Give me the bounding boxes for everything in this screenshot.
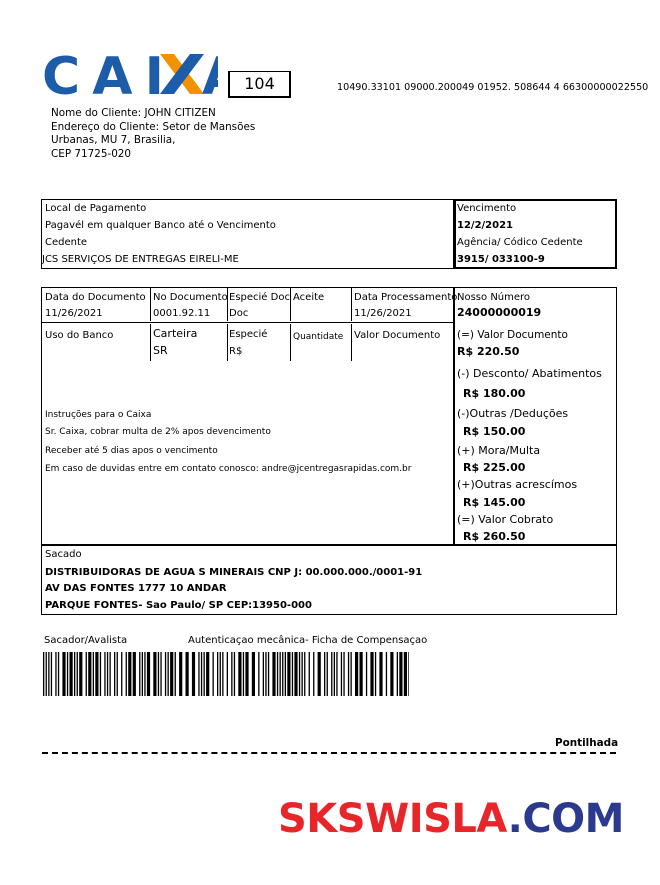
data-documento-value: 11/26/2021	[45, 308, 103, 320]
carteira-label: Carteira	[153, 328, 197, 340]
values-box: Nosso Número 24000000019 (=) Valor Docum…	[454, 287, 617, 545]
valor-documento-value: R$ 220.50	[457, 346, 519, 358]
mora-value: R$ 225.00	[463, 462, 525, 474]
outras-deducoes-value: R$ 150.00	[463, 426, 525, 438]
valor-cobrado-value: R$ 260.50	[463, 531, 525, 543]
outros-acrescimos-label: (+)Outras acrescímos	[457, 479, 577, 491]
cedente-value: JCS SERVIÇOS DE ENTREGAS EIRELI-ME	[42, 254, 239, 266]
sacado-line3: PARQUE FONTES- Sao Paulo/ SP CEP:13950-0…	[45, 600, 312, 612]
vencimento-value: 12/2/2021	[457, 220, 513, 232]
quantidade-label: Quantidate	[293, 331, 343, 343]
client-address-line2: Urbanas, MU 7, Brasilia,	[51, 134, 255, 148]
client-address-line1: Endereço do Cliente: Setor de Mansões	[51, 121, 255, 135]
local-pagamento-value: Pagavél em qualquer Banco até o Vencimen…	[45, 220, 276, 232]
agencia-label: Agência/ Códico Cedente	[457, 237, 583, 249]
outros-acrescimos-value: R$ 145.00	[463, 497, 525, 509]
instrucoes-label: Instruções para o Caixa	[45, 409, 151, 421]
sacado-label: Sacado	[45, 549, 82, 561]
desconto-label: (-) Desconto/ Abatimentos	[457, 368, 602, 380]
svg-text:CAI: CAI	[42, 52, 162, 98]
uso-banco-label: Uso do Banco	[45, 330, 113, 342]
especie-doc-value: Doc	[229, 308, 248, 320]
especie-doc-label: Especié Doc	[229, 292, 290, 304]
vencimento-box: Vencimento 12/2/2021 Agência/ Códico Ced…	[454, 199, 617, 269]
sacado-line2: AV DAS FONTES 1777 10 ANDAR	[45, 583, 227, 595]
autenticacao-label: Autenticaçao mecânica- Ficha de Compensa…	[188, 635, 427, 647]
watermark-part1: SKSWISLA	[278, 796, 508, 842]
sacado-box: Sacado DISTRIBUIDORAS DE AGUA S MINERAIS…	[41, 545, 617, 615]
client-name: Nome do Cliente: JOHN CITIZEN	[51, 107, 255, 121]
valor-cobrado-label: (=) Valor Cobrato	[457, 514, 553, 526]
especie-value: R$	[229, 346, 242, 358]
payment-box: Local de Pagamento Pagavél em qualquer B…	[41, 199, 454, 269]
instrucao-line: Sr. Caixa, cobrar multa de 2% apos deven…	[45, 426, 271, 438]
cedente-label: Cedente	[45, 237, 87, 249]
caixa-logo: CAI A	[42, 52, 218, 98]
sacado-line1: DISTRIBUIDORAS DE AGUA S MINERAIS CNP J:…	[45, 567, 422, 579]
cut-line	[42, 752, 616, 754]
instrucao-line: Em caso de duvidas entre em contato cono…	[45, 463, 411, 475]
instrucao-line: Receber até 5 dias apos o vencimento	[45, 445, 218, 457]
barcode	[43, 652, 409, 696]
digitable-line: 10490.33101 09000.200049 01952. 508644 4…	[337, 82, 648, 93]
nosso-numero-label: Nosso Número	[457, 292, 530, 304]
sacador-label: Sacador/Avalista	[44, 635, 127, 647]
pontilhada-label: Pontilhada	[555, 737, 618, 749]
client-address-line3: CEP 71725-020	[51, 148, 255, 162]
data-documento-label: Data do Documento	[45, 292, 146, 304]
nosso-numero-value: 24000000019	[457, 307, 541, 319]
agencia-value: 3915/ 033100-9	[457, 254, 545, 266]
valor-documento-label: Valor Documento	[354, 330, 440, 342]
vencimento-label: Vencimento	[457, 203, 516, 215]
valor-documento-label: (=) Valor Documento	[457, 329, 568, 341]
data-processamento-value: 11/26/2021	[354, 308, 412, 320]
carteira-value: SR	[153, 345, 168, 357]
svg-text:A: A	[202, 52, 218, 98]
especie-label: Especié	[229, 329, 267, 341]
data-processamento-label: Data Processamento	[354, 292, 457, 304]
bank-code: 104	[228, 71, 291, 98]
client-info: Nome do Cliente: JOHN CITIZEN Endereço d…	[51, 107, 255, 161]
watermark: SKSWISLA.COM	[278, 796, 624, 842]
local-pagamento-label: Local de Pagamento	[45, 203, 146, 215]
no-documento-value: 0001.92.11	[153, 308, 210, 320]
document-box: Data do Documento 11/26/2021 No Document…	[41, 287, 454, 545]
mora-label: (+) Mora/Multa	[457, 445, 540, 457]
watermark-part2: .COM	[508, 796, 624, 842]
aceite-label: Aceite	[293, 292, 324, 304]
outras-deducoes-label: (-)Outras /Deduções	[457, 408, 568, 420]
no-documento-label: No Documento	[153, 292, 228, 304]
desconto-value: R$ 180.00	[463, 388, 525, 400]
